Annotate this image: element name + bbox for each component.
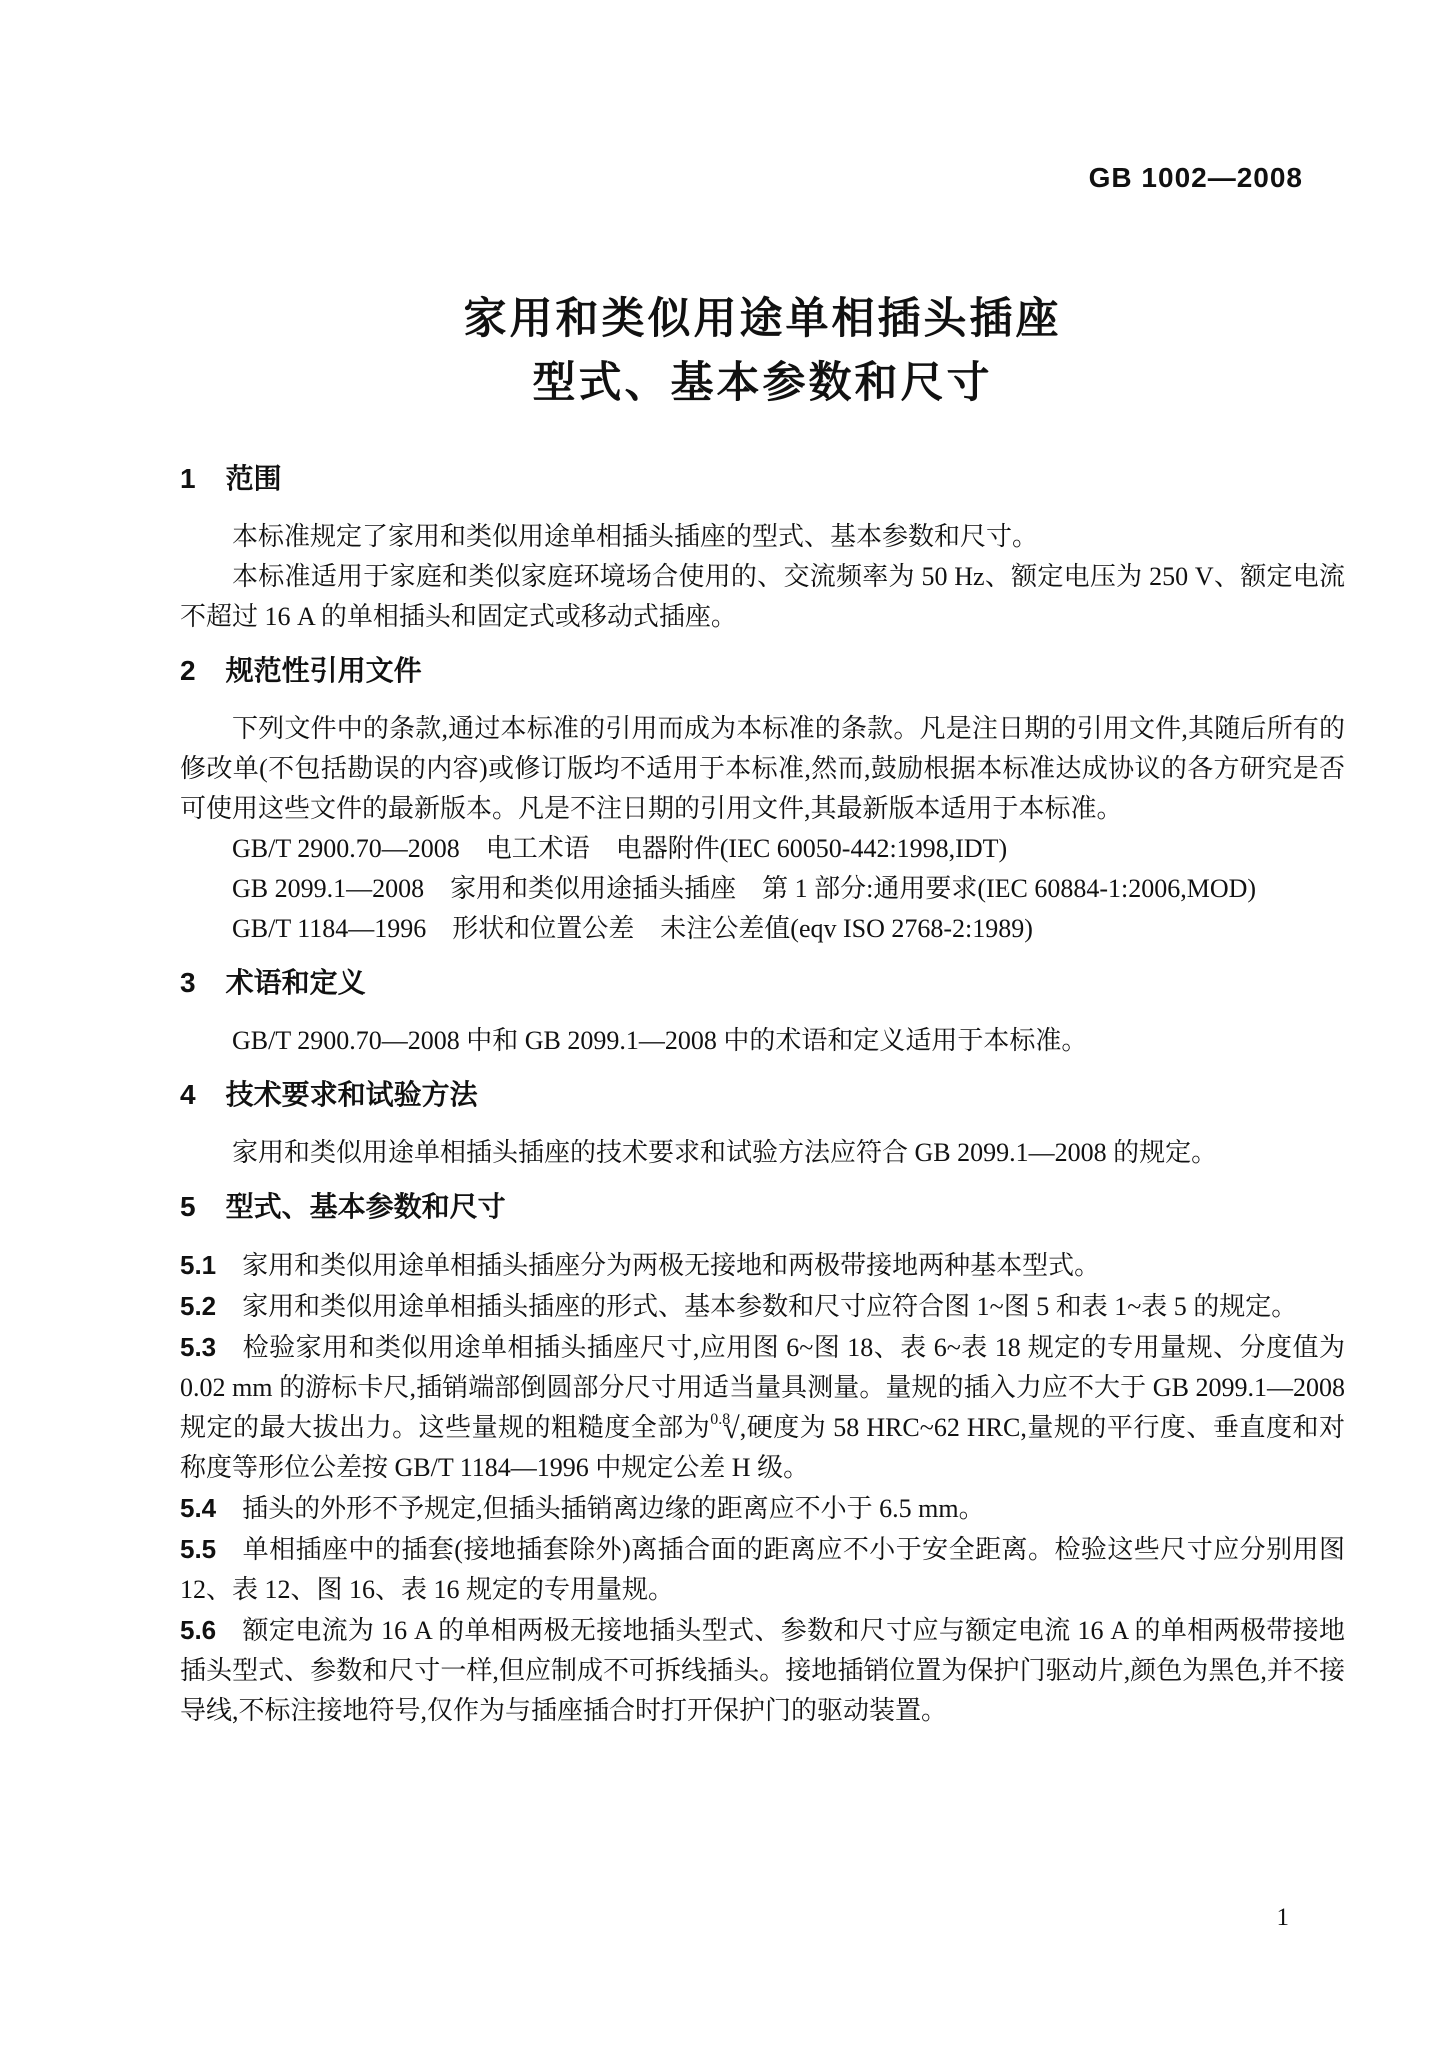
- section-1-paragraph-1: 本标准规定了家用和类似用途单相插头插座的型式、基本参数和尺寸。: [180, 517, 1345, 557]
- document-title: 家用和类似用途单相插头插座 型式、基本参数和尺寸: [180, 287, 1345, 415]
- document-title-line1: 家用和类似用途单相插头插座: [180, 287, 1345, 351]
- section-4-title: 技术要求和试验方法: [226, 1079, 478, 1110]
- clause-5-6: 5.6额定电流为 16 A 的单相两极无接地插头型式、参数和尺寸应与额定电流 1…: [180, 1610, 1345, 1731]
- standard-number: GB 1002—2008: [1089, 162, 1303, 193]
- normative-reference-1: GB/T 2900.70—2008 电工术语 电器附件(IEC 60050-44…: [180, 829, 1345, 869]
- page-number: 1: [1277, 1898, 1290, 1938]
- clause-5-6-number: 5.6: [180, 1615, 216, 1645]
- clause-5-5: 5.5单相插座中的插套(接地插套除外)离插合面的距离应不小于安全距离。检验这些尺…: [180, 1529, 1345, 1610]
- section-4-paragraph-1: 家用和类似用途单相插头插座的技术要求和试验方法应符合 GB 2099.1—200…: [180, 1133, 1345, 1173]
- clause-5-4: 5.4插头的外形不予规定,但插头插销离边缘的距离应不小于 6.5 mm。: [180, 1488, 1345, 1529]
- section-2-paragraph-1: 下列文件中的条款,通过本标准的引用而成为本标准的条款。凡是注日期的引用文件,其随…: [180, 709, 1345, 829]
- clause-5-1-text: 家用和类似用途单相插头插座分为两极无接地和两极带接地两种基本型式。: [242, 1251, 1100, 1280]
- clause-5-3-number: 5.3: [180, 1332, 216, 1362]
- clause-5-5-number: 5.5: [180, 1534, 216, 1564]
- clause-5-1-number: 5.1: [180, 1250, 216, 1280]
- surface-roughness-check-icon: √: [723, 1412, 739, 1445]
- document-page: GB 1002—2008 家用和类似用途单相插头插座 型式、基本参数和尺寸 1范…: [0, 0, 1439, 2048]
- section-4-heading: 4技术要求和试验方法: [180, 1075, 1345, 1115]
- section-1-heading: 1范围: [180, 459, 1345, 499]
- clause-5-5-text: 单相插座中的插套(接地插套除外)离插合面的距离应不小于安全距离。检验这些尺寸应分…: [180, 1535, 1345, 1604]
- section-4-number: 4: [180, 1079, 196, 1110]
- page-content: GB 1002—2008 家用和类似用途单相插头插座 型式、基本参数和尺寸 1范…: [180, 0, 1345, 1731]
- clause-5-4-number: 5.4: [180, 1493, 216, 1523]
- section-3-number: 3: [180, 967, 196, 998]
- section-5-title: 型式、基本参数和尺寸: [226, 1191, 506, 1222]
- header-row: GB 1002—2008: [180, 0, 1345, 199]
- section-1-number: 1: [180, 463, 196, 494]
- clause-5-1: 5.1家用和类似用途单相插头插座分为两极无接地和两极带接地两种基本型式。: [180, 1245, 1345, 1286]
- section-2-number: 2: [180, 655, 196, 686]
- clause-5-4-text: 插头的外形不予规定,但插头插销离边缘的距离应不小于 6.5 mm。: [242, 1494, 984, 1523]
- clause-5-2: 5.2家用和类似用途单相插头插座的形式、基本参数和尺寸应符合图 1~图 5 和表…: [180, 1286, 1345, 1327]
- section-5-heading: 5型式、基本参数和尺寸: [180, 1187, 1345, 1227]
- normative-reference-3: GB/T 1184—1996 形状和位置公差 未注公差值(eqv ISO 276…: [180, 909, 1345, 949]
- section-2-title: 规范性引用文件: [226, 655, 422, 686]
- clause-5-2-text: 家用和类似用途单相插头插座的形式、基本参数和尺寸应符合图 1~图 5 和表 1~…: [242, 1292, 1297, 1321]
- clause-5-2-number: 5.2: [180, 1291, 216, 1321]
- section-1-paragraph-2: 本标准适用于家庭和类似家庭环境场合使用的、交流频率为 50 Hz、额定电压为 2…: [180, 557, 1345, 637]
- section-2-heading: 2规范性引用文件: [180, 651, 1345, 691]
- clause-5-6-text: 额定电流为 16 A 的单相两极无接地插头型式、参数和尺寸应与额定电流 16 A…: [180, 1616, 1345, 1725]
- section-3-paragraph-1: GB/T 2900.70—2008 中和 GB 2099.1—2008 中的术语…: [180, 1021, 1345, 1061]
- document-title-line2: 型式、基本参数和尺寸: [180, 351, 1345, 415]
- section-1-title: 范围: [226, 463, 282, 494]
- section-5-number: 5: [180, 1191, 196, 1222]
- surface-roughness-symbol: 0.8√: [710, 1427, 739, 1432]
- section-3-heading: 3术语和定义: [180, 963, 1345, 1003]
- normative-reference-2: GB 2099.1—2008 家用和类似用途插头插座 第 1 部分:通用要求(I…: [180, 869, 1345, 909]
- clause-5-3: 5.3检验家用和类似用途单相插头插座尺寸,应用图 6~图 18、表 6~表 18…: [180, 1327, 1345, 1488]
- section-3-title: 术语和定义: [226, 967, 366, 998]
